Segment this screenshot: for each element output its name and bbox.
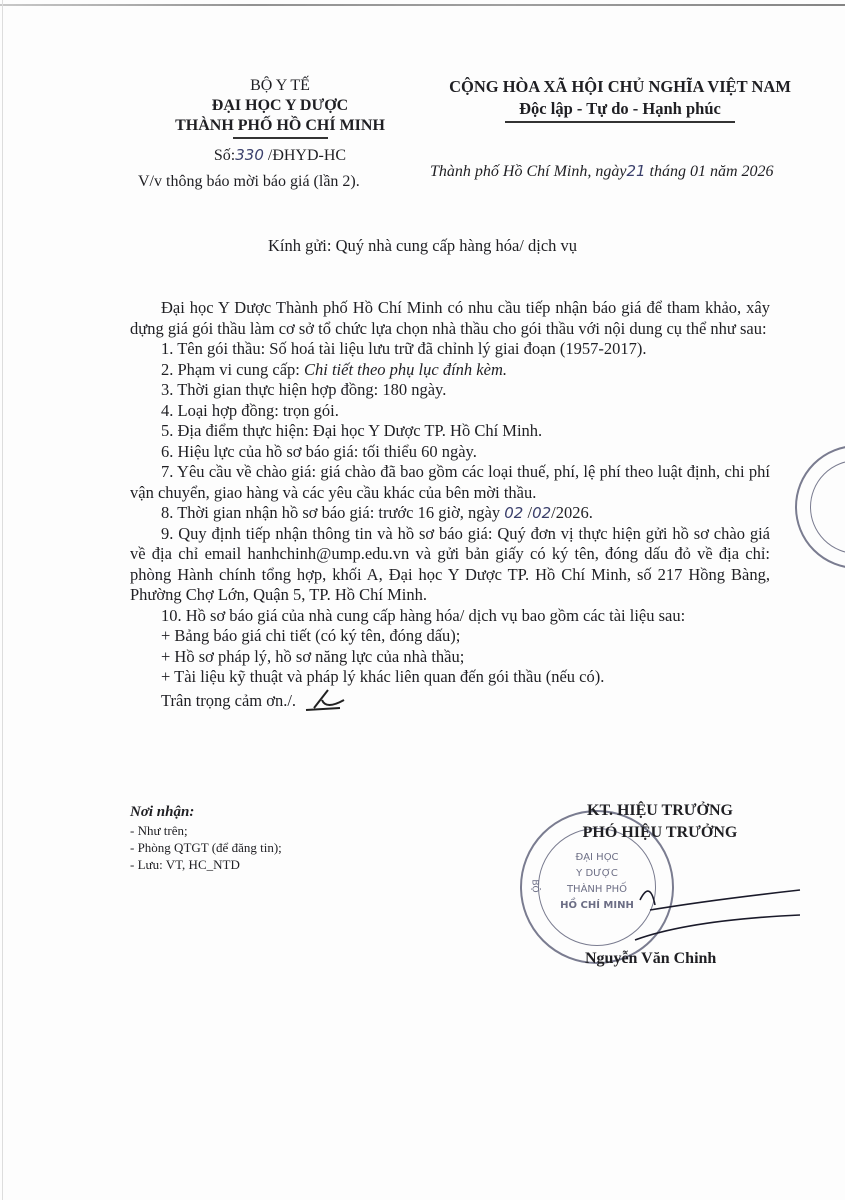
item-6: 6. Hiệu lực của hồ sơ báo giá: tối thiểu… [130, 442, 770, 463]
item-4: 4. Loại hợp đồng: trọn gói. [130, 401, 770, 422]
document-number: Số:330 /ĐHYD-HC [130, 146, 430, 165]
recipient-item: - Như trên; [130, 822, 282, 839]
header-left-rule [233, 137, 328, 139]
item-1: 1. Tên gói thầu: Số hoá tài liệu lưu trữ… [130, 339, 770, 360]
signatory-name: Nguyễn Văn Chinh [585, 950, 716, 968]
recipient-item: - Lưu: VT, HC_NTD [130, 856, 282, 873]
salutation: Kính gửi: Quý nhà cung cấp hàng hóa/ dịc… [0, 236, 845, 256]
handwritten-day: 21 [626, 162, 645, 180]
document-body: Đại học Y Dược Thành phố Hồ Chí Minh có … [130, 298, 770, 714]
header-right-rule [505, 121, 735, 123]
header-right: CỘNG HÒA XÃ HỘI CHỦ NGHĨA VIỆT NAM Độc l… [420, 76, 820, 123]
national-motto: Độc lập - Tự do - Hạnh phúc [420, 98, 820, 120]
initial-signature-icon [300, 688, 350, 714]
recipient-item: - Phòng QTGT (để đăng tin); [130, 839, 282, 856]
item-5: 5. Địa điểm thực hiện: Đại học Y Dược TP… [130, 421, 770, 442]
item-9: 9. Quy định tiếp nhận thông tin và hồ sơ… [130, 524, 770, 606]
signatory-title-2: PHÓ HIỆU TRƯỞNG [540, 822, 780, 844]
closing: Trân trọng cảm ơn./. [130, 688, 770, 714]
signature-block: KT. HIỆU TRƯỞNG PHÓ HIỆU TRƯỞNG [540, 800, 780, 844]
item-8: 8. Thời gian nhận hồ sơ báo giá: trước 1… [130, 503, 770, 524]
item-10-a: + Bảng báo giá chi tiết (có ký tên, đóng… [130, 626, 770, 647]
country-name: CỘNG HÒA XÃ HỘI CHỦ NGHĨA VIỆT NAM [420, 76, 820, 98]
item-7: 7. Yêu cầu về chào giá: giá chào đã bao … [130, 462, 770, 503]
intro-paragraph: Đại học Y Dược Thành phố Hồ Chí Minh có … [130, 298, 770, 339]
scan-top-edge [0, 4, 845, 6]
recipients-block: Nơi nhận: - Như trên; - Phòng QTGT (để đ… [130, 803, 282, 873]
org-name-line1: ĐẠI HỌC Y DƯỢC [130, 96, 430, 116]
ministry-name: BỘ Y TẾ [130, 76, 430, 96]
recipients-title: Nơi nhận: [130, 803, 282, 822]
item-3: 3. Thời gian thực hiện hợp đồng: 180 ngà… [130, 380, 770, 401]
org-name-line2: THÀNH PHỐ HỒ CHÍ MINH [130, 116, 430, 136]
page-stamp-partial [795, 445, 845, 569]
item-10-b: + Hồ sơ pháp lý, hồ sơ năng lực của nhà … [130, 647, 770, 668]
item-2: 2. Phạm vi cung cấp: Chi tiết theo phụ l… [130, 360, 770, 381]
item-10: 10. Hồ sơ báo giá của nhà cung cấp hàng … [130, 606, 770, 627]
header-left: BỘ Y TẾ ĐẠI HỌC Y DƯỢC THÀNH PHỐ HỒ CHÍ … [130, 76, 430, 139]
item-10-c: + Tài liệu kỹ thuật và pháp lý khác liên… [130, 667, 770, 688]
subject-line: V/v thông báo mời báo giá (lần 2). [138, 173, 360, 191]
handwritten-signature-icon [630, 870, 810, 950]
signatory-title-1: KT. HIỆU TRƯỞNG [540, 800, 780, 822]
scan-left-edge [2, 0, 3, 1200]
date-line: Thành phố Hồ Chí Minh, ngày21 tháng 01 n… [430, 162, 774, 181]
handwritten-number: 330 [235, 146, 264, 164]
